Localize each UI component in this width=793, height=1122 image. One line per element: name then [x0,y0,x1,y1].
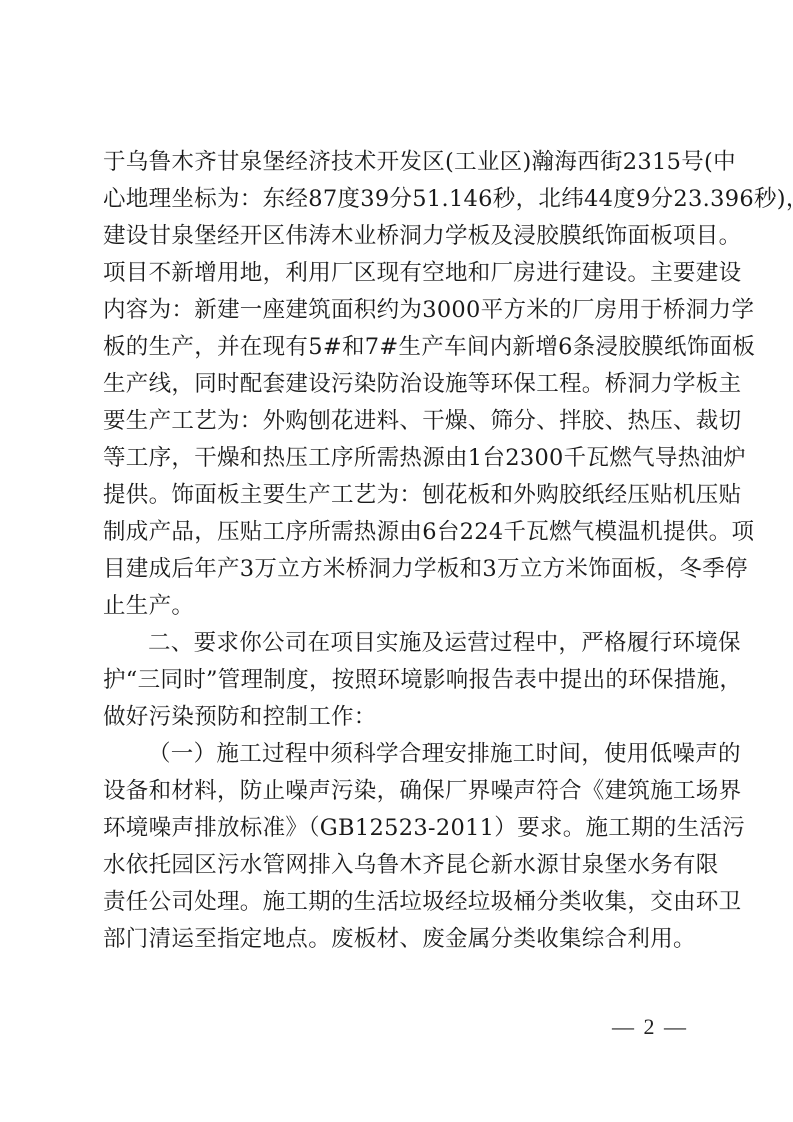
paragraph-section-two: 二、要求你公司在项目实施及运营过程中，严格履行环境保 护“三同时”管理制度，按照… [103,625,693,736]
text-line: 设备和材料，防止噪声污染，确保厂界噪声符合《建筑施工场界 [103,773,693,810]
section-heading-line: 二、要求你公司在项目实施及运营过程中，严格履行环境保 [103,625,693,662]
text-line: 水依托园区污水管网排入乌鲁木齐昆仑新水源甘泉堡水务有限 [103,847,693,884]
text-line: 要生产工艺为：外购刨花进料、干燥、筛分、拌胶、热压、裁切 [103,403,693,440]
text-line: 等工序，干燥和热压工序所需热源由1台2300千瓦燃气导热油炉 [103,440,693,477]
document-body: 于乌鲁木齐甘泉堡经济技术开发区(工业区)瀚海西街2315号(中 心地理坐标为：东… [103,144,693,958]
text-line: 制成产品，压贴工序所需热源由6台224千瓦燃气模温机提供。项 [103,514,693,551]
paragraph-project-description: 于乌鲁木齐甘泉堡经济技术开发区(工业区)瀚海西街2315号(中 心地理坐标为：东… [103,144,693,625]
paragraph-subsection-one: （一）施工过程中须科学合理安排施工时间，使用低噪声的 设备和材料，防止噪声污染，… [103,736,693,958]
text-line: 项目不新增用地，利用厂区现有空地和厂房进行建设。主要建设 [103,255,693,292]
text-line: 责任公司处理。施工期的生活垃圾经垃圾桶分类收集，交由环卫 [103,884,693,921]
text-line: 目建成后年产3万立方米桥洞力学板和3万立方米饰面板，冬季停 [103,551,693,588]
text-line: 护“三同时”管理制度，按照环境影响报告表中提出的环保措施， [103,662,693,699]
text-line: 内容为：新建一座建筑面积约为3000平方米的厂房用于桥洞力学 [103,292,693,329]
text-line: 做好污染预防和控制工作： [103,699,693,736]
text-line: 环境噪声排放标准》（GB12523-2011）要求。施工期的生活污 [103,810,693,847]
subsection-heading-line: （一）施工过程中须科学合理安排施工时间，使用低噪声的 [103,736,693,773]
text-line: 建设甘泉堡经开区伟涛木业桥洞力学板及浸胶膜纸饰面板项目。 [103,218,693,255]
text-line: 部门清运至指定地点。废板材、废金属分类收集综合利用。 [103,921,693,958]
text-line: 提供。饰面板主要生产工艺为：刨花板和外购胶纸经压贴机压贴 [103,477,693,514]
text-line: 心地理坐标为：东经87度39分51.146秒，北纬44度9分23.396秒)， [103,181,693,218]
text-line: 止生产。 [103,588,693,625]
page-number: — 2 — [600,1014,700,1040]
text-line: 板的生产，并在现有5#和7#生产车间内新增6条浸胶膜纸饰面板 [103,329,693,366]
text-line: 于乌鲁木齐甘泉堡经济技术开发区(工业区)瀚海西街2315号(中 [103,144,693,181]
text-line: 生产线，同时配套建设污染防治设施等环保工程。桥洞力学板主 [103,366,693,403]
